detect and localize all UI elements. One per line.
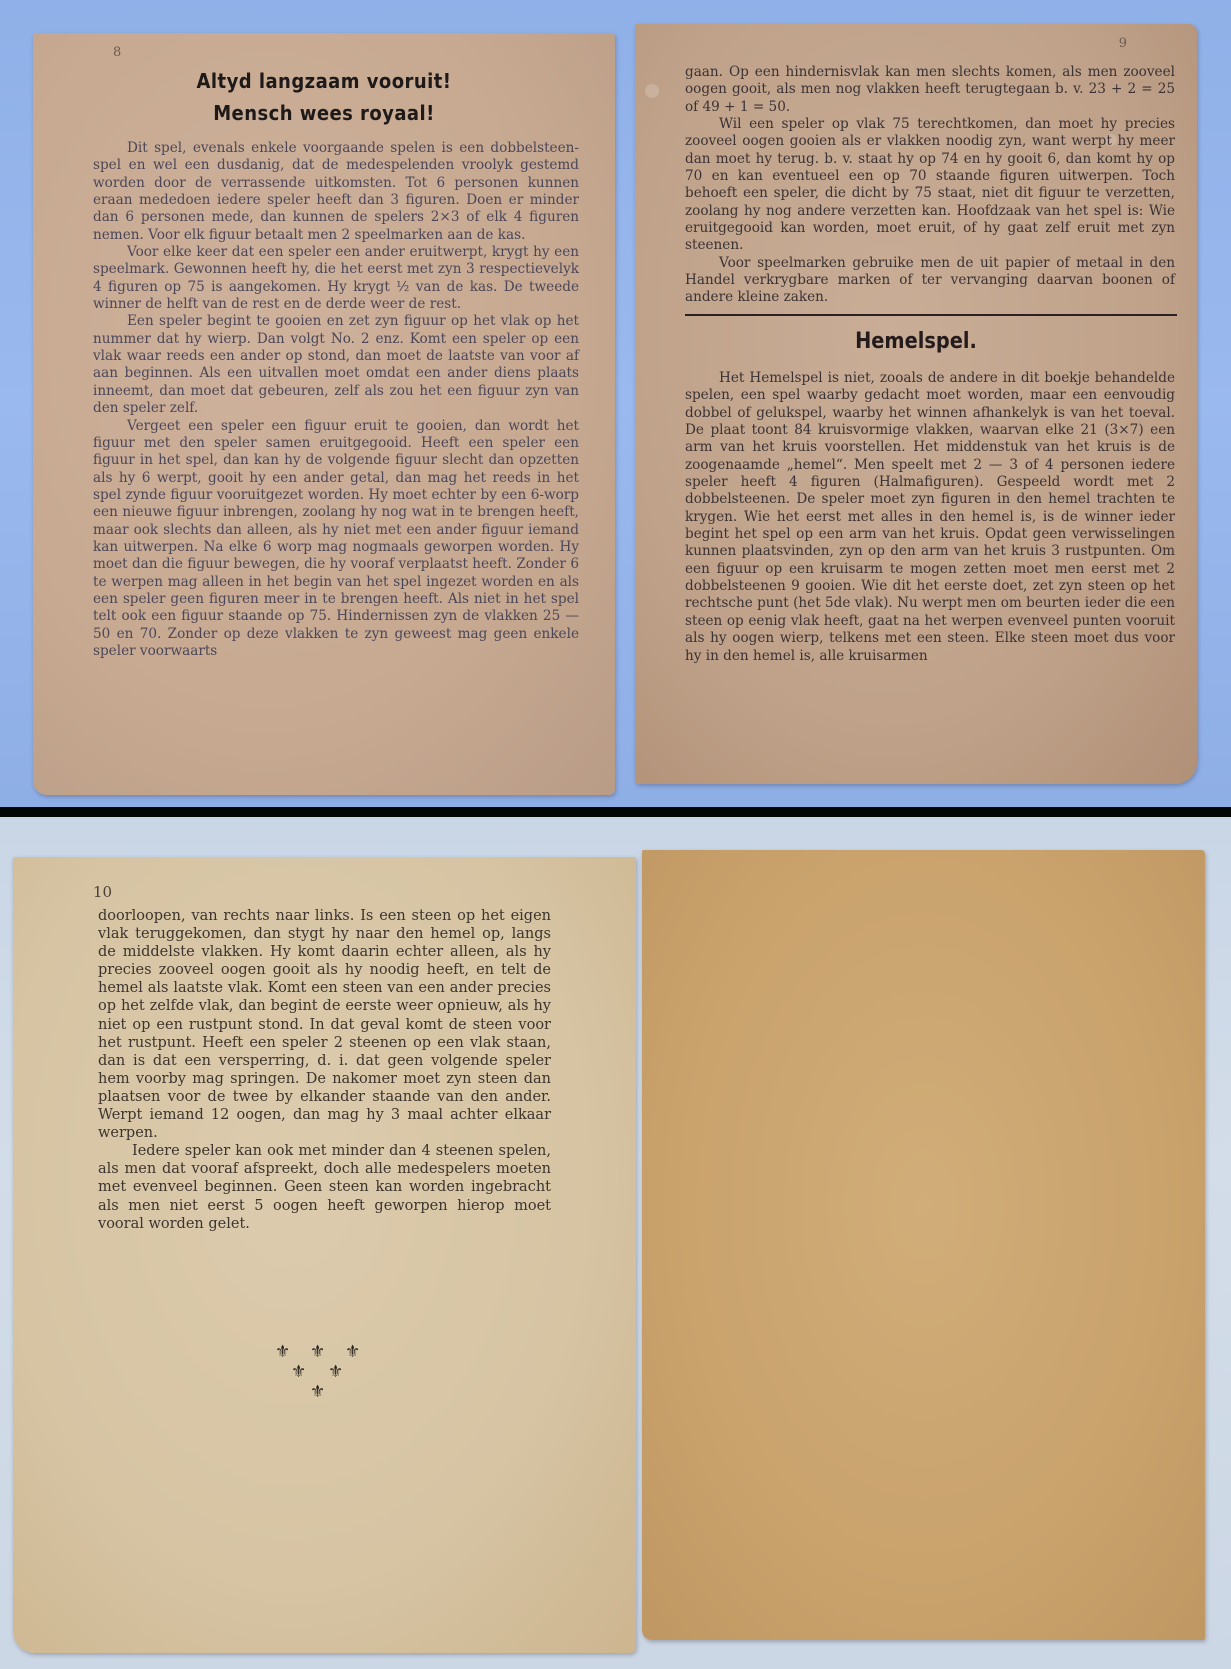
fleur-de-lis-icon: ⚜ [310, 1382, 325, 1402]
page-title-line-1: Altyd langzaam vooruit! [62, 65, 586, 97]
page-9: 9 gaan. Op een hindernisvlak kan men sle… [635, 24, 1197, 784]
photo-divider-bar [0, 807, 1231, 817]
section-body: Het Hemelspel is niet, zooals de andere … [685, 370, 1175, 665]
paragraph: Een speler begint te gooien en zet zyn f… [93, 313, 579, 417]
fleur-de-lis-ornament: ⚜ ⚜ ⚜ ⚜ ⚜ ⚜ [275, 1342, 375, 1412]
fleur-de-lis-icon: ⚜ [328, 1362, 343, 1382]
page-number: 9 [1119, 36, 1127, 51]
page-title-block: Altyd langzaam vooruit! Mensch wees roya… [33, 65, 615, 129]
page-number: 8 [113, 45, 121, 60]
paragraph: Vergeet een speler een figuur eruit te g… [93, 418, 579, 661]
paragraph: gaan. Op een hindernisvlak kan men slech… [685, 64, 1175, 116]
paragraph: doorloopen, van rechts naar links. Is ee… [98, 907, 551, 1142]
paragraph: Voor speelmarken gebruike men de uit pap… [685, 255, 1175, 307]
page-body: Dit spel, evenals enkele voorgaande spel… [93, 140, 579, 660]
page-number: 10 [93, 883, 112, 901]
fleur-de-lis-icon: ⚜ [310, 1342, 325, 1362]
paper-stain [645, 84, 659, 98]
paragraph: Iedere speler kan ook met minder dan 4 s… [98, 1142, 551, 1232]
page-8: 8 Altyd langzaam vooruit! Mensch wees ro… [33, 33, 615, 795]
fleur-de-lis-icon: ⚜ [345, 1342, 360, 1362]
page-title-line-2: Mensch wees royaal! [62, 97, 586, 129]
fleur-de-lis-icon: ⚜ [291, 1362, 306, 1382]
section-heading: Hemelspel. [669, 329, 1164, 354]
page-blank-back [642, 850, 1205, 1640]
paragraph: Wil een speler op vlak 75 terechtkomen, … [685, 116, 1175, 255]
page-10: 10 doorloopen, van rechts naar links. Is… [13, 857, 636, 1653]
page-body: doorloopen, van rechts naar links. Is ee… [98, 907, 551, 1233]
paragraph: Voor elke keer dat een speler een ander … [93, 244, 579, 313]
paragraph: Dit spel, evenals enkele voorgaande spel… [93, 140, 579, 244]
section-divider-rule [685, 314, 1177, 316]
fleur-de-lis-icon: ⚜ [275, 1342, 290, 1362]
paragraph: Het Hemelspel is niet, zooals de andere … [685, 370, 1175, 665]
page-body: gaan. Op een hindernisvlak kan men slech… [685, 64, 1175, 307]
